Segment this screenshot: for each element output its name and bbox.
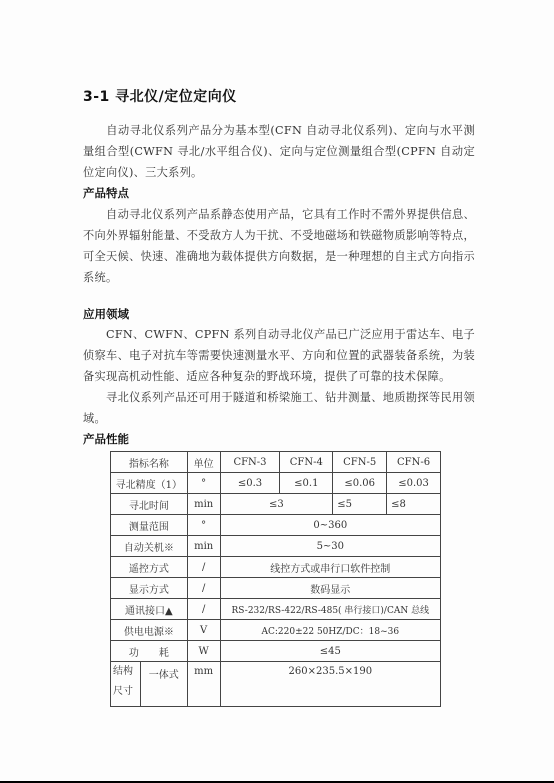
cell-value: ≤45	[220, 641, 440, 662]
cell-value: ≤0.1	[280, 473, 333, 494]
cell-value: ≤5	[333, 494, 387, 515]
cell-value: 5~30	[220, 536, 440, 557]
row-unit: /	[187, 599, 220, 620]
features-text: 自动寻北仪系列产品系静态使用产品，它具有工作时不需外界提供信息、不向外界辐射能量…	[83, 208, 475, 284]
row-unit: °	[187, 515, 220, 536]
section-title: 3-1 寻北仪/定位定向仪	[83, 86, 237, 106]
table-row: 结构尺寸 一体式 mm 260×235.5×190	[111, 662, 441, 707]
row-label: 供电电源※	[111, 620, 188, 641]
row-label: 测量范围	[111, 515, 188, 536]
table-row: 寻北精度（1） ° ≤0.3 ≤0.1 ≤0.06 ≤0.03	[111, 473, 441, 494]
cell-value: ≤0.03	[387, 473, 441, 494]
cell-value: AC:220±22 50HZ/DC：18~36	[220, 620, 440, 641]
header-cell: CFN-3	[220, 452, 280, 473]
table-row: 显示方式 / 数码显示	[111, 578, 441, 599]
table-header-row: 指标名称 单位 CFN-3 CFN-4 CFN-5 CFN-6	[111, 452, 441, 473]
row-label: 寻北时间	[111, 494, 188, 515]
header-cell: CFN-5	[333, 452, 387, 473]
table-row: 功 耗 W ≤45	[111, 641, 441, 662]
row-sublabel: 一体式	[140, 662, 187, 707]
features-heading: 产品特点	[83, 185, 129, 201]
cell-value: ≤3	[220, 494, 333, 515]
row-label: 功 耗	[111, 641, 188, 662]
cell-value: 数码显示	[220, 578, 440, 599]
header-cell: CFN-6	[387, 452, 441, 473]
applications-text-2: 寻北仪系列产品还可用于隧道和桥梁施工、钻井测量、地质勘探等民用领域。	[83, 391, 475, 425]
intro-text: 自动寻北仪系列产品分为基本型(CFN 自动寻北仪系列)、定向与水平测量组合型(C…	[83, 124, 475, 179]
row-unit: mm	[187, 662, 220, 707]
cell-value: ≤0.3	[220, 473, 280, 494]
row-label: 通讯接口▲	[111, 599, 188, 620]
table-row: 自动关机※ min 5~30	[111, 536, 441, 557]
performance-heading: 产品性能	[83, 431, 129, 447]
table-row: 测量范围 ° 0~360	[111, 515, 441, 536]
table-row: 寻北时间 min ≤3 ≤5 ≤8	[111, 494, 441, 515]
applications-text-1: CFN、CWFN、CPFN 系列自动寻北仪产品已广泛应用于雷达车、电子侦察车、电…	[83, 328, 475, 383]
document-page: 3-1 寻北仪/定位定向仪 自动寻北仪系列产品分为基本型(CFN 自动寻北仪系列…	[0, 0, 554, 783]
row-unit: min	[187, 494, 220, 515]
applications-heading: 应用领域	[83, 306, 129, 322]
table-row: 通讯接口▲ / RS-232/RS-422/RS-485( 串行接口)/CAN …	[111, 599, 441, 620]
cell-value: RS-232/RS-422/RS-485( 串行接口)/CAN 总线	[220, 599, 440, 620]
cell-value: 260×235.5×190	[220, 662, 440, 707]
cell-value: 0~360	[220, 515, 440, 536]
row-label: 结构尺寸	[111, 662, 141, 707]
row-unit: min	[187, 536, 220, 557]
header-cell: 指标名称	[111, 452, 188, 473]
row-label: 寻北精度（1）	[111, 473, 188, 494]
header-cell: 单位	[187, 452, 220, 473]
applications-paragraph-1: CFN、CWFN、CPFN 系列自动寻北仪产品已广泛应用于雷达车、电子侦察车、电…	[83, 324, 475, 387]
row-unit: V	[187, 620, 220, 641]
row-unit: /	[187, 578, 220, 599]
row-unit: /	[187, 557, 220, 578]
features-paragraph: 自动寻北仪系列产品系静态使用产品，它具有工作时不需外界提供信息、不向外界辐射能量…	[83, 204, 475, 288]
row-label: 遥控方式	[111, 557, 188, 578]
header-cell: CFN-4	[280, 452, 333, 473]
cell-value: ≤8	[387, 494, 441, 515]
applications-paragraph-2: 寻北仪系列产品还可用于隧道和桥梁施工、钻井测量、地质勘探等民用领域。	[83, 387, 475, 429]
table-row: 遥控方式 / 线控方式或串行口软件控制	[111, 557, 441, 578]
performance-table: 指标名称 单位 CFN-3 CFN-4 CFN-5 CFN-6 寻北精度（1） …	[110, 451, 441, 707]
row-unit: W	[187, 641, 220, 662]
table-row: 供电电源※ V AC:220±22 50HZ/DC：18~36	[111, 620, 441, 641]
row-unit: °	[187, 473, 220, 494]
row-label: 显示方式	[111, 578, 188, 599]
cell-value: ≤0.06	[333, 473, 387, 494]
intro-paragraph: 自动寻北仪系列产品分为基本型(CFN 自动寻北仪系列)、定向与水平测量组合型(C…	[83, 120, 475, 183]
row-label: 自动关机※	[111, 536, 188, 557]
cell-value: 线控方式或串行口软件控制	[220, 557, 440, 578]
